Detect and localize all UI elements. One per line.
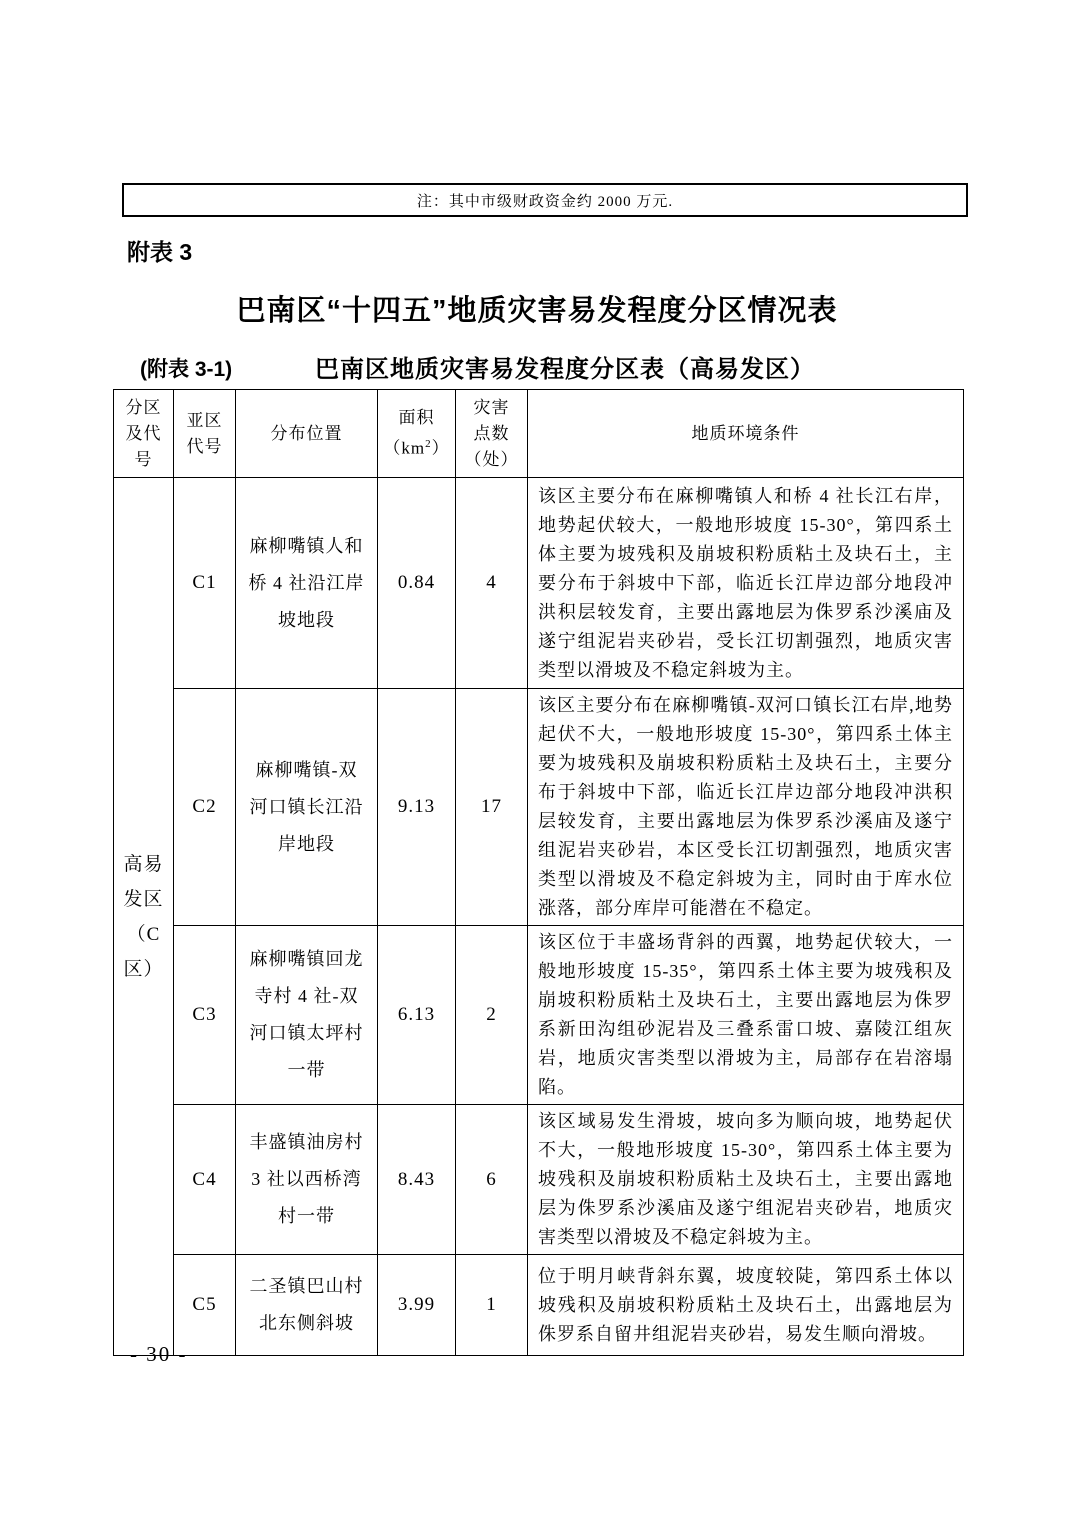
table-row: C5 二圣镇巴山村北东侧斜坡 3.99 1 位于明月峡背斜东翼，坡度较陡，第四系… xyxy=(114,1255,964,1356)
subzone-code: C5 xyxy=(174,1255,236,1356)
subzone-area: 9.13 xyxy=(378,689,456,926)
subzone-code: C4 xyxy=(174,1105,236,1255)
subzone-geo-condition: 该区主要分布在麻柳嘴镇-双河口镇长江右岸,地势起伏不大，一般地形坡度 15-30… xyxy=(528,689,964,926)
header-area: 面积 （km2） xyxy=(378,390,456,478)
subzone-location: 丰盛镇油房村 3 社以西桥湾村一带 xyxy=(236,1105,378,1255)
subzone-location: 麻柳嘴镇人和桥 4 社沿江岸坡地段 xyxy=(236,478,378,689)
subzone-area: 6.13 xyxy=(378,926,456,1105)
sub-table-label: (附表 3-1) xyxy=(140,353,232,383)
table-row: 高易 发区 （C 区） C1 麻柳嘴镇人和桥 4 社沿江岸坡地段 0.84 4 … xyxy=(114,478,964,689)
note-box: 注：其中市级财政资金约 2000 万元. xyxy=(122,183,968,217)
header-disaster-points: 灾害 点数 （处） xyxy=(456,390,528,478)
document-page: 注：其中市级财政资金约 2000 万元. 附表 3 巴南区“十四五”地质灾害易发… xyxy=(0,0,1074,1520)
subzone-code: C3 xyxy=(174,926,236,1105)
appendix-label: 附表 3 xyxy=(127,234,192,267)
subzone-location: 麻柳嘴镇回龙寺村 4 社-双河口镇太坪村一带 xyxy=(236,926,378,1105)
subzone-area: 0.84 xyxy=(378,478,456,689)
subzone-disaster-points: 1 xyxy=(456,1255,528,1356)
table-row: C4 丰盛镇油房村 3 社以西桥湾村一带 8.43 6 该区域易发生滑坡，坡向多… xyxy=(114,1105,964,1255)
note-text: 注：其中市级财政资金约 2000 万元. xyxy=(417,190,673,211)
table-row: C3 麻柳嘴镇回龙寺村 4 社-双河口镇太坪村一带 6.13 2 该区位于丰盛场… xyxy=(114,926,964,1105)
susceptibility-zoning-table: 分区 及代 号 亚区 代号 分布位置 面积 （km2） 灾害 点数 （处） xyxy=(113,389,964,1356)
subzone-geo-condition: 该区主要分布在麻柳嘴镇人和桥 4 社长江右岸，地势起伏较大，一般地形坡度 15-… xyxy=(528,478,964,689)
table-header-row: 分区 及代 号 亚区 代号 分布位置 面积 （km2） 灾害 点数 （处） xyxy=(114,390,964,478)
header-location: 分布位置 xyxy=(236,390,378,478)
zone-group-cell: 高易 发区 （C 区） xyxy=(114,478,174,1356)
subzone-code: C2 xyxy=(174,689,236,926)
subzone-geo-condition: 该区域易发生滑坡，坡向多为顺向坡，地势起伏不大，一般地形坡度 15-30°，第四… xyxy=(528,1105,964,1255)
subzone-disaster-points: 2 xyxy=(456,926,528,1105)
subzone-disaster-points: 4 xyxy=(456,478,528,689)
subzone-area: 8.43 xyxy=(378,1105,456,1255)
sub-table-title: 巴南区地质灾害易发程度分区表（高易发区） xyxy=(315,349,815,384)
page-number: - 30 - xyxy=(130,1342,188,1367)
subzone-disaster-points: 17 xyxy=(456,689,528,926)
header-zone-code: 分区 及代 号 xyxy=(114,390,174,478)
table-row: C2 麻柳嘴镇-双河口镇长江沿岸地段 9.13 17 该区主要分布在麻柳嘴镇-双… xyxy=(114,689,964,926)
subzone-geo-condition: 该区位于丰盛场背斜的西翼，地势起伏较大，一般地形坡度 15-35°，第四系土体主… xyxy=(528,926,964,1105)
header-subzone-code: 亚区 代号 xyxy=(174,390,236,478)
header-geo-condition: 地质环境条件 xyxy=(528,390,964,478)
page-title: 巴南区“十四五”地质灾害易发程度分区情况表 xyxy=(0,288,1074,329)
subzone-area: 3.99 xyxy=(378,1255,456,1356)
subzone-geo-condition: 位于明月峡背斜东翼，坡度较陡，第四系土体以坡残积及崩坡积粉质粘土及块石土，出露地… xyxy=(528,1255,964,1356)
subzone-code: C1 xyxy=(174,478,236,689)
subzone-location: 二圣镇巴山村北东侧斜坡 xyxy=(236,1255,378,1356)
subzone-disaster-points: 6 xyxy=(456,1105,528,1255)
subzone-location: 麻柳嘴镇-双河口镇长江沿岸地段 xyxy=(236,689,378,926)
